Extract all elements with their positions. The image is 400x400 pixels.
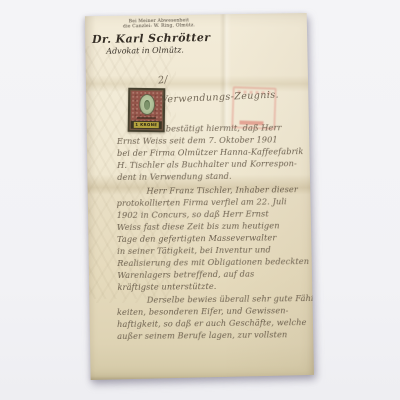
body-paragraph-2: Herr Franz Tischler, Inhaber dieser prot…	[116, 183, 313, 293]
hand-line: kräftigste unterstützte.	[117, 279, 313, 293]
body-paragraph-1: bestätigt hiermit, daß Herr Ernst Weiss …	[117, 121, 314, 183]
letterhead-name: Dr. Karl Schrötter	[92, 31, 211, 46]
hand-line: dent in Verwendung stand.	[117, 169, 313, 183]
body-paragraph-3: Derselbe bewies überall sehr gute Fähig-…	[117, 292, 313, 342]
revenue-stamp-figure	[144, 99, 150, 109]
paper-sheet: Bei Meiner Abwesenheit die Canzlei: W. R…	[84, 13, 314, 380]
letterhead-subtitle: Advokat in Olmütz.	[106, 45, 211, 56]
hand-line: außer seinem Berufe lagen, zur vollsten	[117, 328, 313, 342]
annotation-mark: 2/	[157, 74, 168, 86]
letterhead: Bei Meiner Abwesenheit die Canzlei: W. R…	[92, 18, 211, 56]
paper-shadow: Bei Meiner Abwesenheit die Canzlei: W. R…	[0, 0, 400, 400]
letterhead-small-line-2: die Canzlei: W. Ring, Olmütz.	[108, 23, 210, 30]
revenue-stamp-caption	[137, 117, 156, 119]
document-photo: Bei Meiner Abwesenheit die Canzlei: W. R…	[0, 0, 400, 400]
revenue-stamp-oval	[138, 94, 154, 115]
